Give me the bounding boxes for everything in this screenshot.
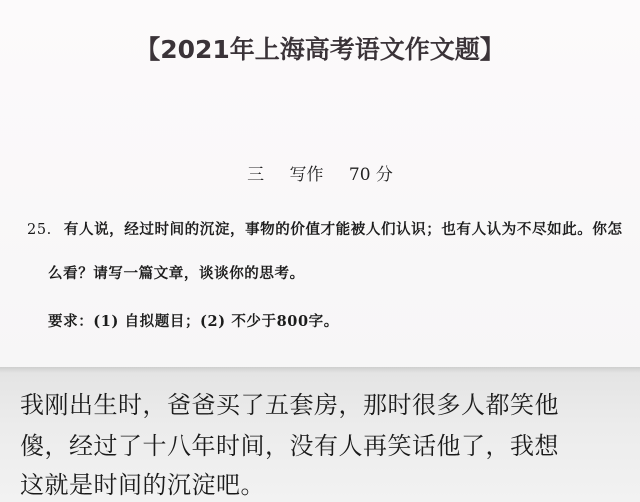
comment-line-1: 我刚出生时，爸爸买了五套房，那时很多人都笑他 bbox=[20, 385, 559, 420]
exam-title: 【2021年上海高考语文作文题】 bbox=[0, 30, 640, 66]
section-number: 三 bbox=[247, 165, 264, 185]
question-line-1: 25.有人说，经过时间的沉淀，事物的价值才能被人们认识；也有人认为不尽如此。你怎 bbox=[27, 218, 623, 239]
comment-caption: 我刚出生时，爸爸买了五套房，那时很多人都笑他 傻，经过了十八年时间，没有人再笑话… bbox=[0, 367, 640, 502]
exam-sheet: 【2021年上海高考语文作文题】 三 写作 70 分 25.有人说，经过时间的沉… bbox=[0, 0, 640, 367]
question-requirements: 要求：(1) 自拟题目；(2) 不少于800字。 bbox=[48, 310, 339, 331]
section-score: 70 分 bbox=[349, 165, 393, 185]
question-text-1: 有人说，经过时间的沉淀，事物的价值才能被人们认识；也有人认为不尽如此。你怎 bbox=[64, 221, 623, 238]
comment-line-3: 这就是时间的沉淀吧。 bbox=[20, 465, 265, 500]
section-name: 写作 bbox=[289, 165, 323, 185]
comment-line-2: 傻，经过了十八年时间，没有人再笑话他了，我想 bbox=[20, 426, 559, 461]
question-number: 25. bbox=[27, 222, 52, 238]
question-text-2: 么看？请写一篇文章，谈谈你的思考。 bbox=[48, 262, 305, 283]
section-heading: 三 写作 70 分 bbox=[0, 160, 640, 185]
